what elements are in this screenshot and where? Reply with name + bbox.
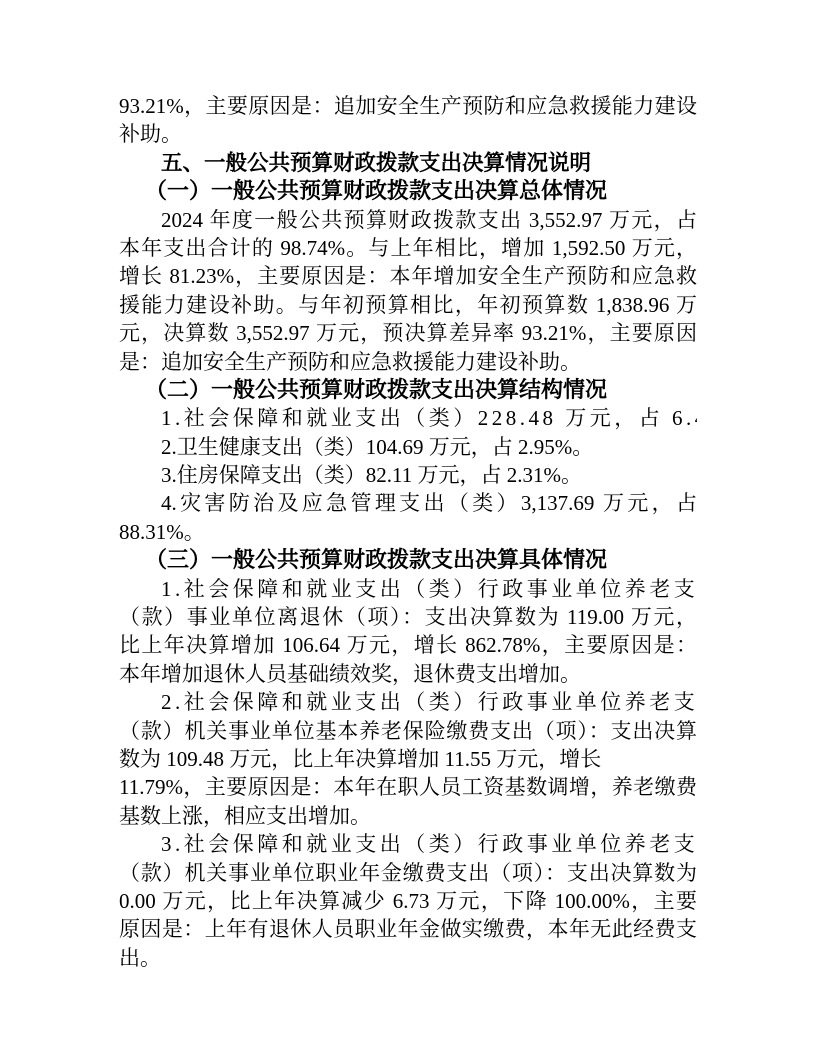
text-line: 增长 81.23%，主要原因是：本年增加安全生产预防和应急救 [119,262,697,290]
document-body: 93.21%，主要原因是：追加安全生产预防和应急救援能力建设补助。五、一般公共预… [119,92,697,972]
text-line: 2.卫生健康支出（类）104.69 万元，占 2.95%。 [119,433,697,461]
document-page: 93.21%，主要原因是：追加安全生产预防和应急救援能力建设补助。五、一般公共预… [0,0,816,1056]
text-line: 补助。 [119,120,697,148]
text-line: 基数上涨，相应支出增加。 [119,802,697,830]
text-line: 2.社会保障和就业支出（类）行政事业单位养老支出 [119,688,697,716]
text-line: 88.31%。 [119,518,697,546]
text-line: 4.灾害防治及应急管理支出（类）3,137.69 万元，占 [119,489,697,517]
text-line: 是：追加安全生产预防和应急救援能力建设补助。 [119,348,697,376]
text-line: 93.21%，主要原因是：追加安全生产预防和应急救援能力建设 [119,92,697,120]
text-line: 3.住房保障支出（类）82.11 万元，占 2.31%。 [119,461,697,489]
text-line: 元，决算数 3,552.97 万元，预决算差异率 93.21%，主要原因 [119,319,697,347]
text-line: 本年增加退休人员基础绩效奖，退休费支出增加。 [119,660,697,688]
text-line: （款）事业单位离退休（项）：支出决算数为 119.00 万元， [119,603,697,631]
text-line: （款）机关事业单位基本养老保险缴费支出（项）：支出决算 [119,717,697,745]
text-line: 1.社会保障和就业支出（类）行政事业单位养老支出 [119,575,697,603]
text-line: 0.00 万元，比上年决算减少 6.73 万元，下降 100.00%，主要 [119,887,697,915]
section-heading: （三）一般公共预算财政拨款支出决算具体情况 [119,546,697,574]
section-heading: 五、一般公共预算财政拨款支出决算情况说明 [119,149,697,177]
text-line: 1.社会保障和就业支出（类）228.48 万元，占 6.43%。 [119,404,697,432]
text-line: 3.社会保障和就业支出（类）行政事业单位养老支出 [119,830,697,858]
text-line: 数为 109.48 万元，比上年决算增加 11.55 万元，增长 [119,745,697,773]
section-heading: （一）一般公共预算财政拨款支出决算总体情况 [119,177,697,205]
section-heading: （二）一般公共预算财政拨款支出决算结构情况 [119,376,697,404]
text-line: 比上年决算增加 106.64 万元，增长 862.78%，主要原因是： [119,631,697,659]
text-line: 出。 [119,944,697,972]
text-line: 2024 年度一般公共预算财政拨款支出 3,552.97 万元，占 [119,206,697,234]
text-line: 本年支出合计的 98.74%。与上年相比，增加 1,592.50 万元， [119,234,697,262]
text-line: 援能力建设补助。与年初预算相比，年初预算数 1,838.96 万 [119,291,697,319]
text-line: 原因是：上年有退休人员职业年金做实缴费，本年无此经费支 [119,915,697,943]
text-line: 11.79%，主要原因是：本年在职人员工资基数调增，养老缴费 [119,773,697,801]
text-line: （款）机关事业单位职业年金缴费支出（项）：支出决算数为 [119,859,697,887]
